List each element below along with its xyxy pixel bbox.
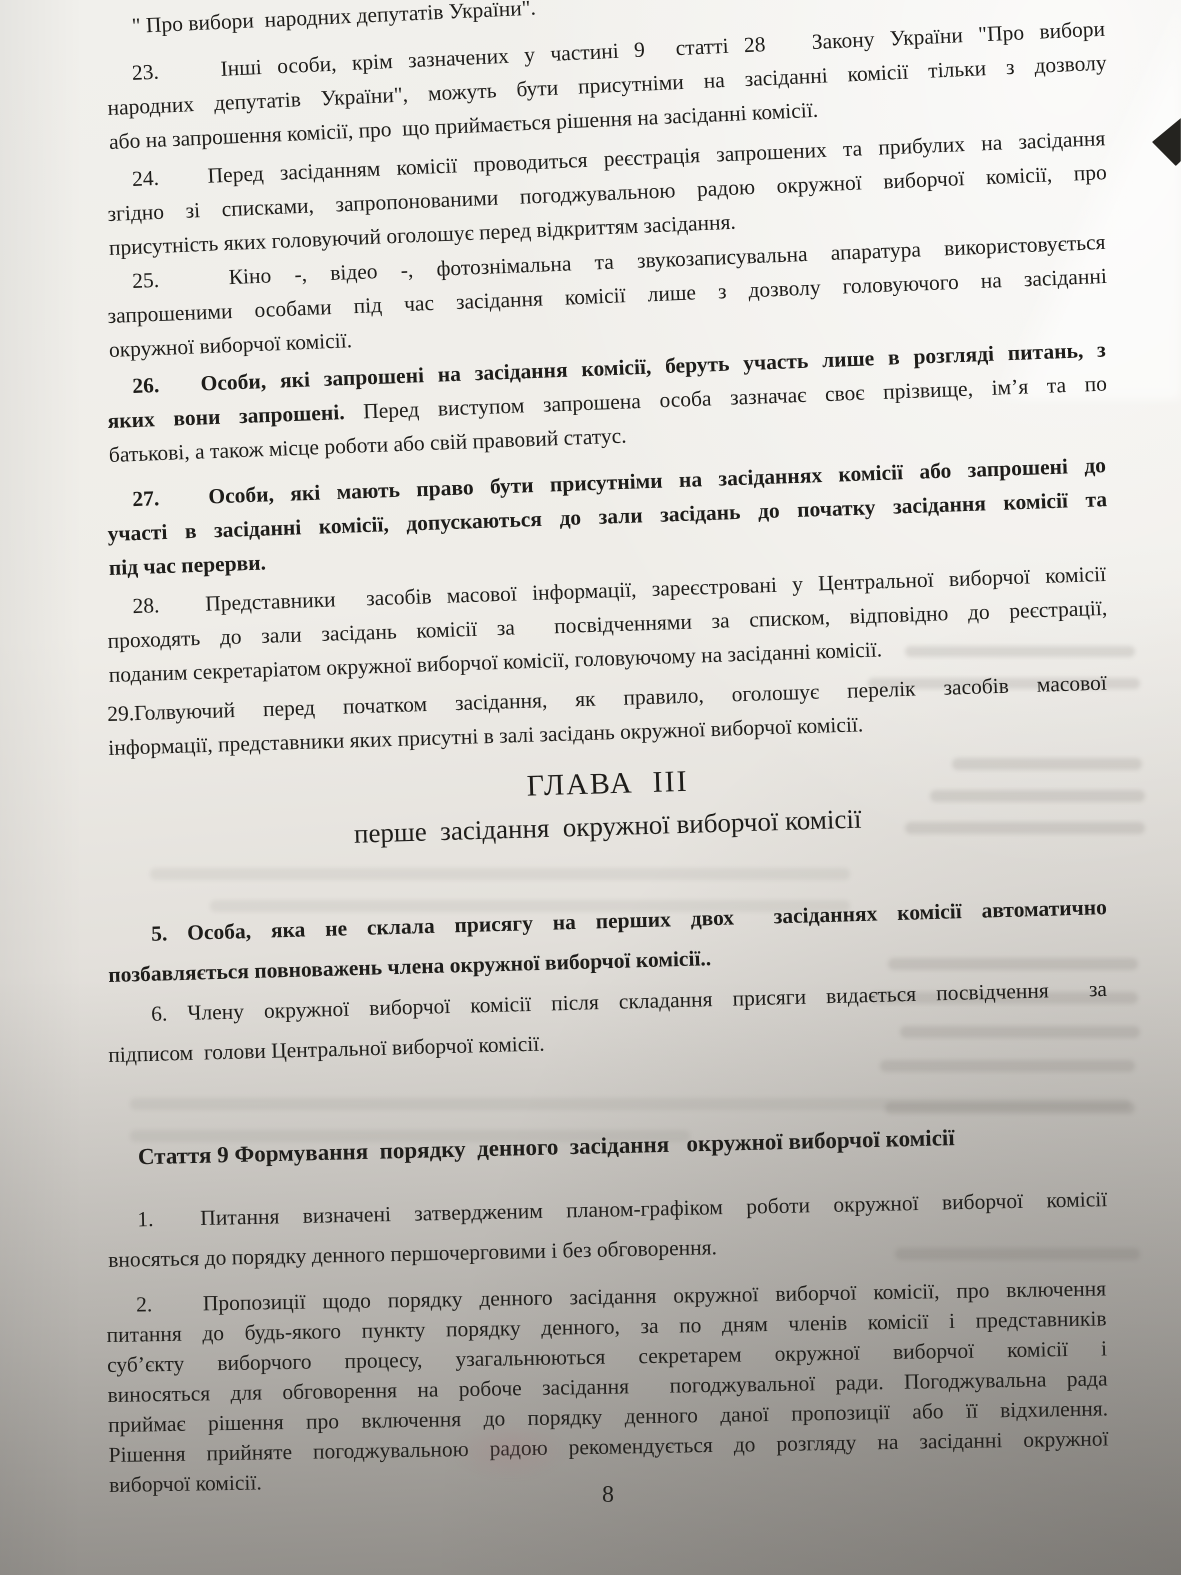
bold-fragment: яких вони запрошені. [107,400,345,433]
page-number: 8 [108,1480,1108,1510]
paragraph-2: 2. Пропозиції щодо порядку денного засід… [106,1273,1109,1500]
text-line: Стаття 9 Формування порядку денного засі… [107,1116,1108,1176]
article-9-heading: Стаття 9 Формування порядку денного засі… [107,1116,1108,1176]
page-corner-shadow [1152,116,1181,166]
document-photo: " Про вибори народних депутатів України"… [0,0,1181,1575]
page-text: " Про вибори народних депутатів України"… [108,10,1108,1510]
paragraph-1: 1. Питання визначені затвердженим планом… [107,1179,1108,1280]
